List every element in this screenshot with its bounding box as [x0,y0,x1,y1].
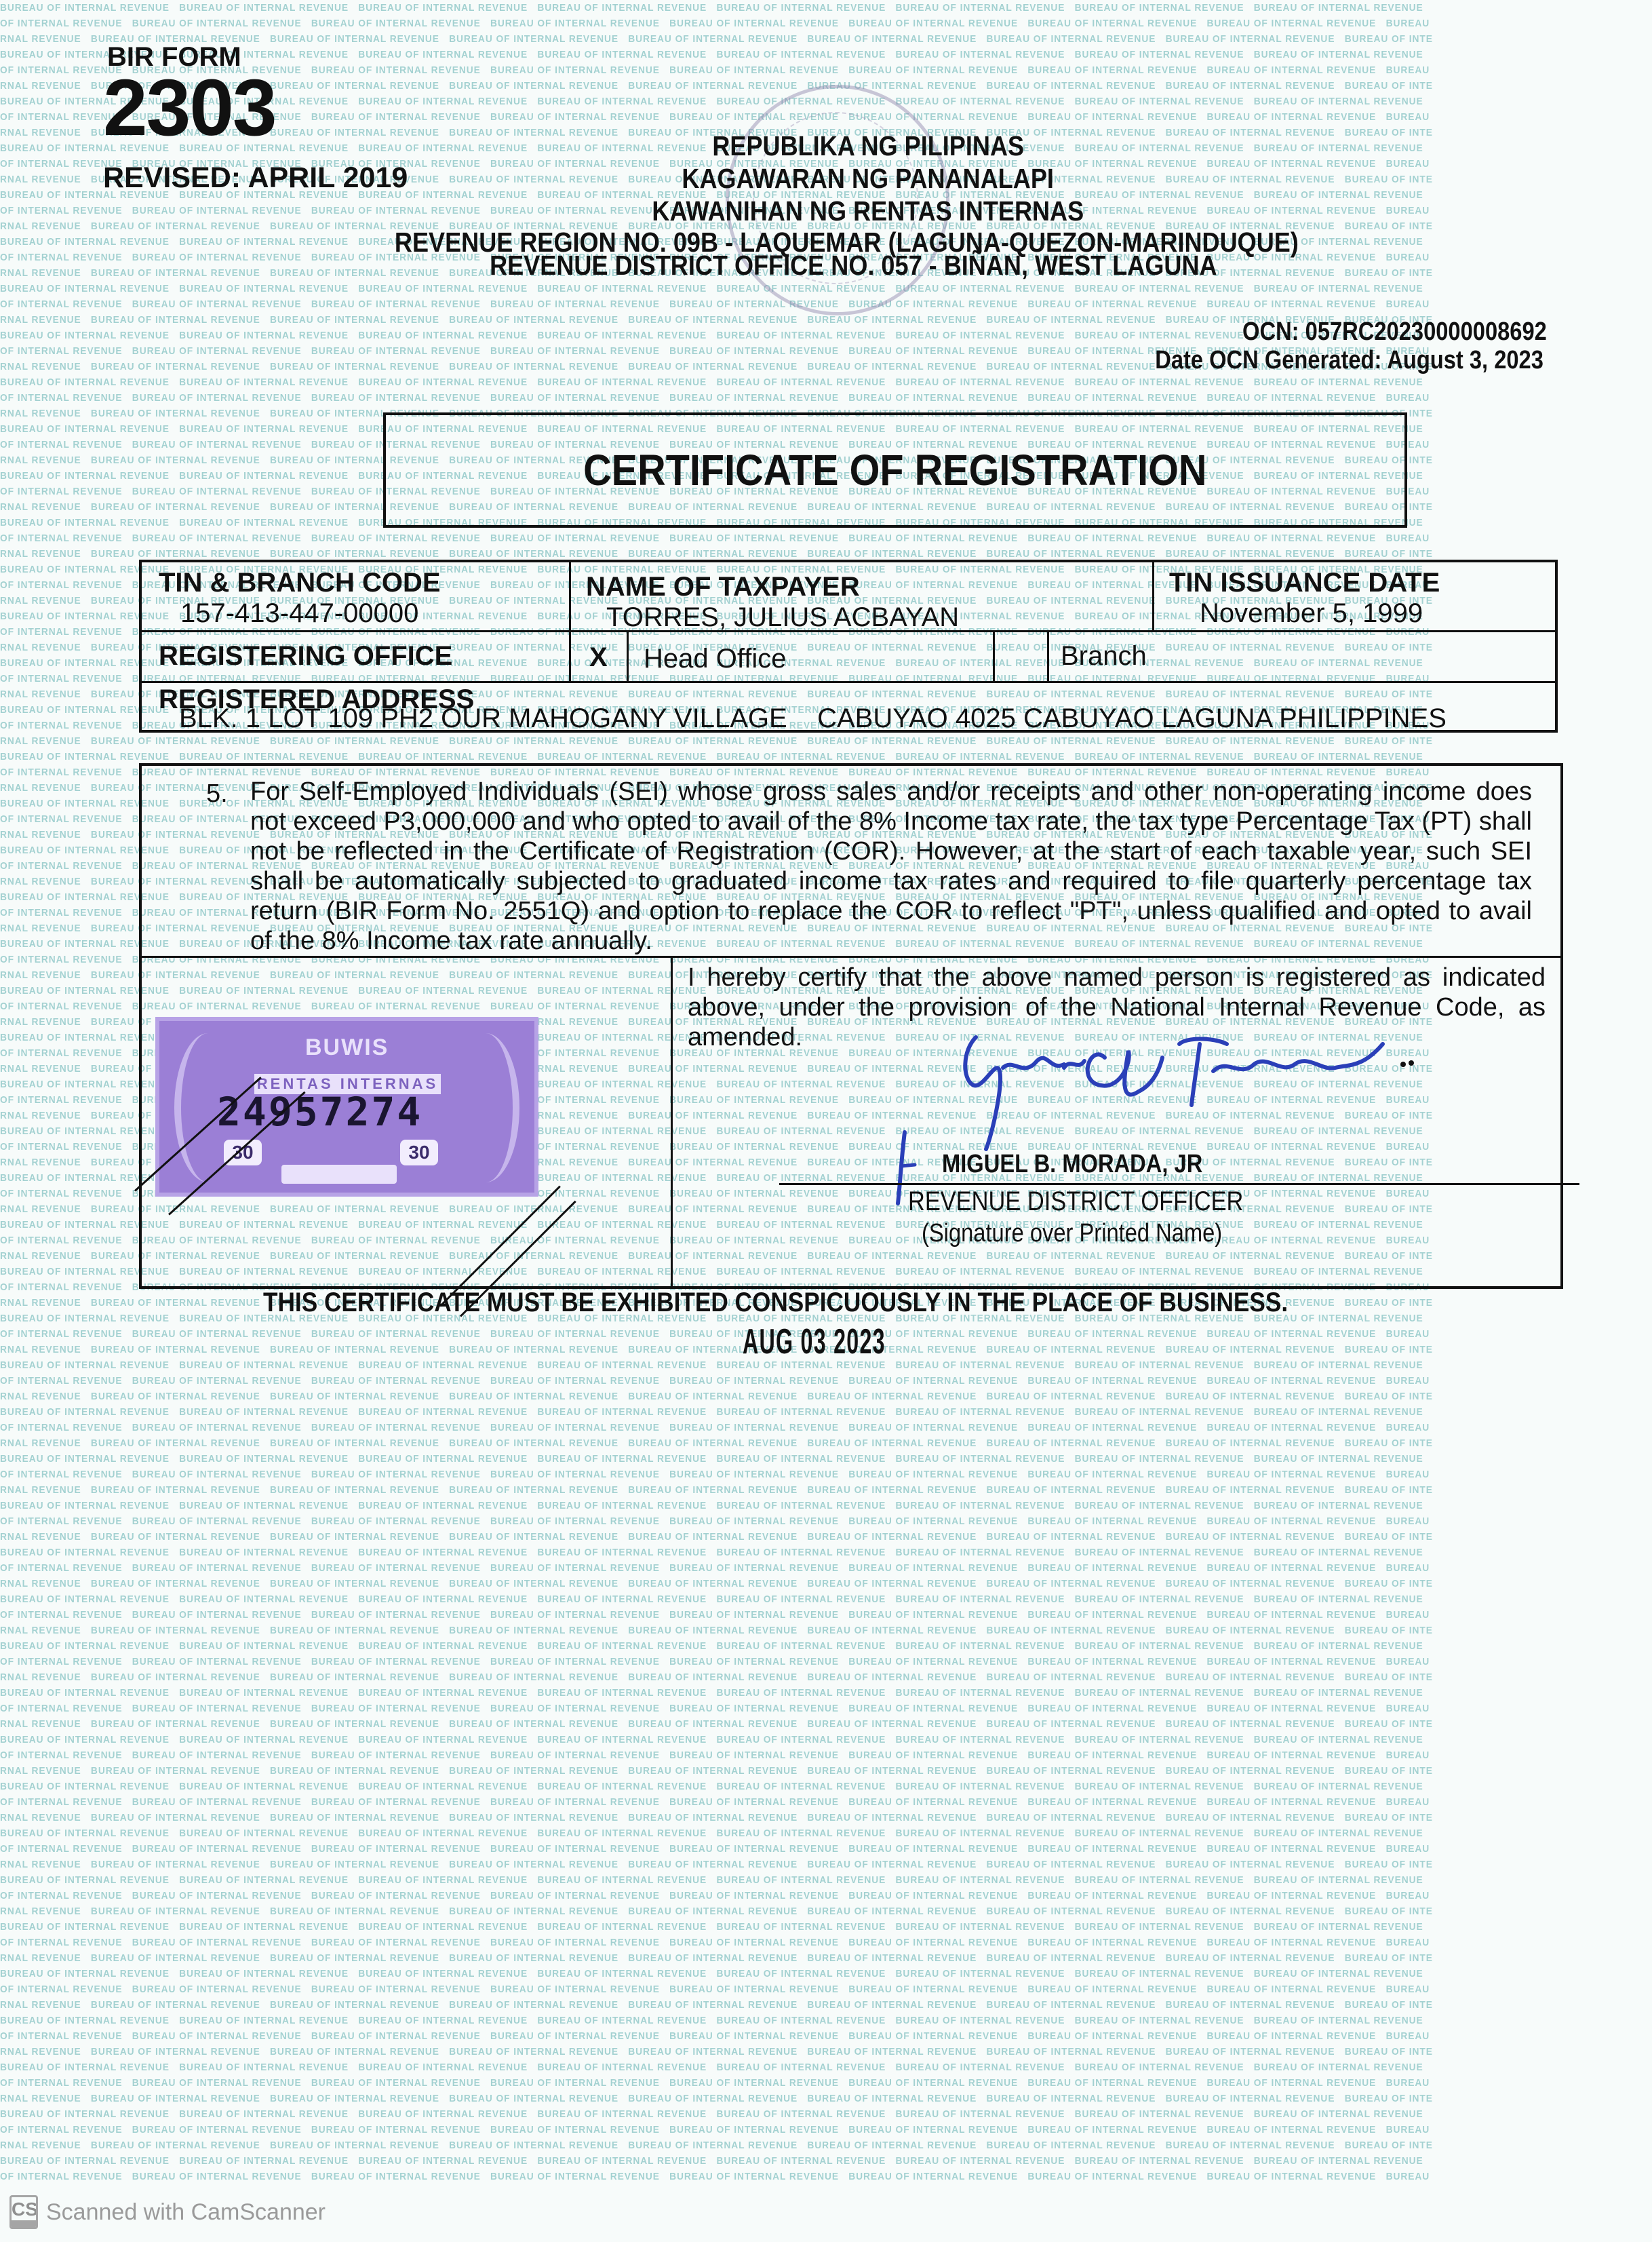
stamp-serial-number: 24957274 [217,1089,422,1135]
ocn-number: OCN: 057RC20230000008692 [1193,317,1547,347]
display-notice: THIS CERTIFICATE MUST BE EXHIBITED CONSP… [263,1288,1428,1318]
taxpayer-name-cell: NAME OF TAXPAYER TORRES, JULIUS ACBAYAN [586,572,959,633]
header-department: KAGAWARAN NG PANANALAPI [42,163,1652,195]
header-bureau: KAWANIHAN NG RENTAS INTERNAS [42,195,1652,227]
ocn-value: 057RC20230000008692 [1305,317,1547,346]
tin-issuance-cell: TIN ISSUANCE DATE November 5, 1999 [1169,568,1440,629]
stamp-denomination-left: 30 [224,1140,262,1165]
header-republic: REPUBLIKA NG PILIPINAS [42,130,1652,162]
documentary-stamp: BUWIS RENTAS INTERNAS 24957274 30 30 [155,1017,538,1197]
stamp-denomination-right: 30 [400,1140,438,1165]
received-date-stamp: AUG 03 2023 [743,1321,973,1362]
taxpayer-info-table: TIN & BRANCH CODE 157-413-447-00000 NAME… [139,560,1558,733]
header-district-office: REVENUE DISTRICT OFFICE NO. 057 - BIÑAN,… [27,250,1652,282]
head-office-label: Head Office [644,644,787,674]
signatory-caption: (Signature over Printed Name) [922,1219,1271,1248]
camscanner-badge: CS Scanned with CamScanner [9,2195,326,2229]
tin-label: TIN & BRANCH CODE [159,568,441,598]
document-title-box: CERTIFICATE OF REGISTRATION [383,412,1407,528]
notes-and-certification-box: 5. For Self-Employed Individuals (SEI) w… [139,763,1563,1289]
tin-issuance-value: November 5, 1999 [1200,598,1440,629]
stamp-border-arc-icon [452,1033,519,1182]
ocn-generated-date: Date OCN Generated: August 3, 2023 [1092,346,1543,375]
taxpayer-name-value: TORRES, JULIUS ACBAYAN [606,602,959,633]
note-text: For Self-Employed Individuals (SEI) whos… [250,777,1532,956]
camscanner-text: Scanned with CamScanner [46,2199,326,2226]
tin-issuance-label: TIN ISSUANCE DATE [1169,568,1440,598]
stamp-ribbon-icon [281,1165,397,1184]
head-office-checkbox: X [589,642,608,673]
branch-label: Branch [1061,641,1147,672]
camscanner-logo-icon: CS [9,2195,38,2229]
signature-line [779,1183,1579,1185]
taxpayer-name-label: NAME OF TAXPAYER [586,572,959,602]
ocn-date-value: August 3, 2023 [1387,346,1543,374]
tin-value: 157-413-447-00000 [180,598,441,629]
signatory-title: REVENUE DISTRICT OFFICER [908,1186,1298,1217]
stamp-title: BUWIS [305,1035,389,1061]
ocn-label: OCN: [1242,317,1299,346]
signature-icon [861,1030,1444,1207]
ocn-date-label: Date OCN Generated: [1155,346,1381,374]
document-title: CERTIFICATE OF REGISTRATION [583,445,1206,495]
registered-address-value: BLK. 1 LOT 109 PH2 OUR MAHOGANY VILLAGE … [179,703,1447,734]
note-number: 5. [206,779,228,809]
tin-cell: TIN & BRANCH CODE 157-413-447-00000 [159,568,441,629]
registering-office-label: REGISTERING OFFICE [159,641,452,672]
signatory-name: MIGUEL B. MORADA, JR [942,1150,1245,1179]
